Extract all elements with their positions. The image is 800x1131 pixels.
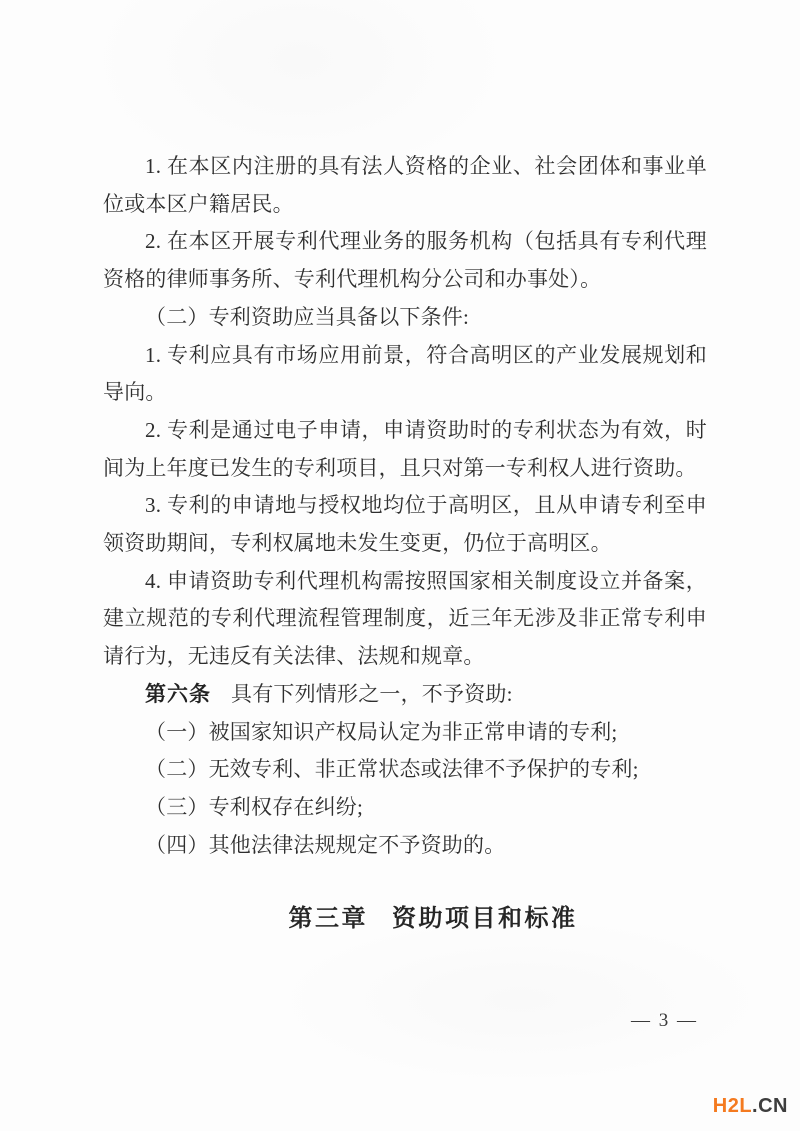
paragraph: 4. 申请资助专利代理机构需按照国家相关制度设立并备案，建立规范的专利代理流程管… <box>103 563 707 676</box>
chapter-title: 资助项目和标准 <box>392 900 578 938</box>
page-number: — 3 — <box>631 1010 698 1032</box>
article-6-label: 第六条 <box>145 683 211 706</box>
chapter-3-heading: 第三章 资助项目和标准 <box>131 900 735 938</box>
paragraph: 1. 在本区内注册的具有法人资格的企业、社会团体和事业单位或本区户籍居民。 <box>103 148 707 223</box>
exclusion-item: （三）专利权存在纠纷; <box>103 789 707 827</box>
paragraph: 2. 在本区开展专利代理业务的服务机构（包括具有专利代理资格的律师事务所、专利代… <box>103 223 707 298</box>
paragraph: 2. 专利是通过电子申请，申请资助时的专利状态为有效，时间为上年度已发生的专利项… <box>103 412 707 487</box>
watermark-secondary-text: .CN <box>752 1095 788 1117</box>
paragraph: （二）专利资助应当具备以下条件: <box>103 299 707 337</box>
watermark-primary-text: H2L <box>713 1095 752 1117</box>
h2l-watermark: H2L.CN <box>713 1095 788 1118</box>
exclusion-item: （四）其他法律法规规定不予资助的。 <box>103 827 707 865</box>
article-6-text: 具有下列情形之一，不予资助: <box>231 682 513 706</box>
paragraph: 1. 专利应具有市场应用前景，符合高明区的产业发展规划和导向。 <box>103 337 707 412</box>
exclusion-item: （二）无效专利、非正常状态或法律不予保护的专利; <box>103 751 707 789</box>
paragraph: 3. 专利的申请地与授权地均位于高明区，且从申请专利至申领资助期间，专利权属地未… <box>103 487 707 562</box>
chapter-number: 第三章 <box>289 900 369 938</box>
article-6-paragraph: 第六条具有下列情形之一，不予资助: <box>103 676 707 714</box>
exclusion-item: （一）被国家知识产权局认定为非正常申请的专利; <box>103 714 707 752</box>
document-text-block: 1. 在本区内注册的具有法人资格的企业、社会团体和事业单位或本区户籍居民。 2.… <box>103 148 707 938</box>
document-page: 1. 在本区内注册的具有法人资格的企业、社会团体和事业单位或本区户籍居民。 2.… <box>0 0 800 1131</box>
